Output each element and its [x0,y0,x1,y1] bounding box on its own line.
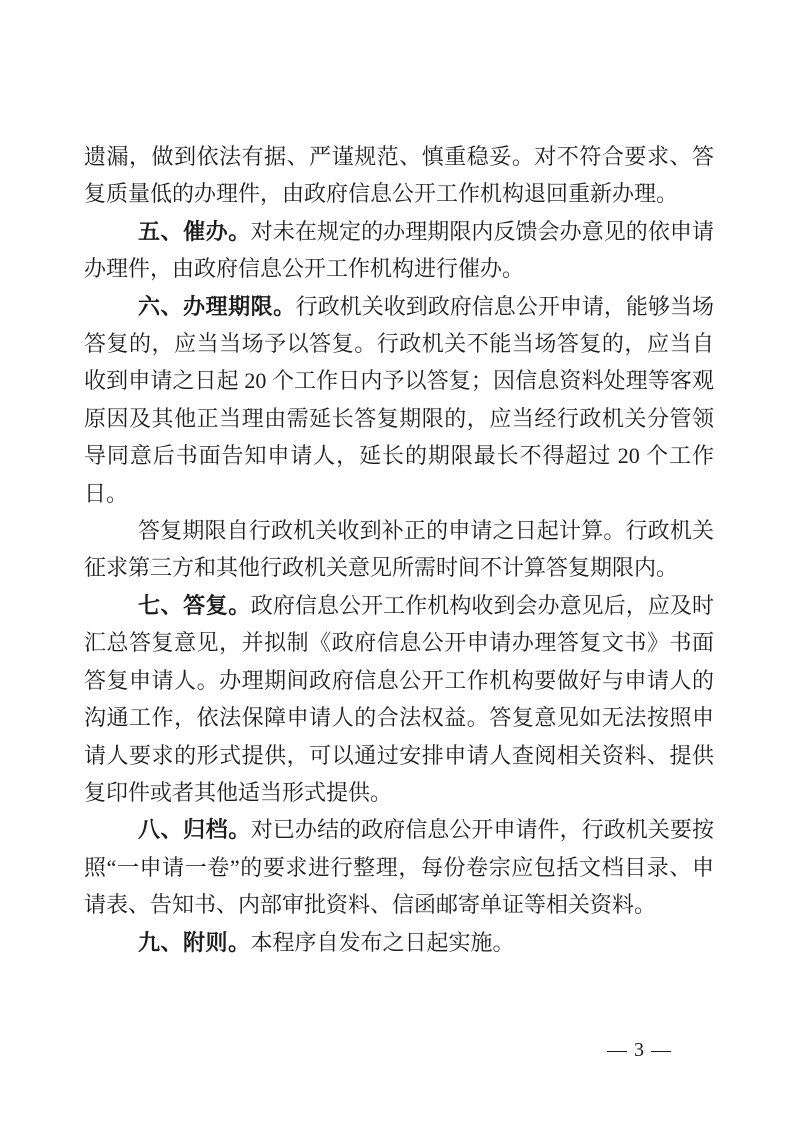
paragraph: 五、催办。对未在规定的办理期限内反馈会办意见的依申请办理件，由政府信息公开工作机… [84,213,714,288]
paragraph: 遗漏，做到依法有据、严谨规范、慎重稳妥。对不符合要求、答复质量低的办理件，由政府… [84,138,714,213]
document-body: 遗漏，做到依法有据、严谨规范、慎重稳妥。对不符合要求、答复质量低的办理件，由政府… [84,138,714,961]
paragraph-text: 本程序自发布之日起实施。 [251,930,515,955]
paragraph: 七、答复。政府信息公开工作机构收到会办意见后，应及时汇总答复意见，并拟制《政府信… [84,587,714,811]
paragraph-text: 行政机关收到政府信息公开申请，能够当场答复的，应当当场予以答复。行政机关不能当场… [84,294,714,506]
paragraph: 八、归档。对已办结的政府信息公开申请件，行政机关要按照“一申请一卷”的要求进行整… [84,811,714,923]
paragraph-heading: 九、附则。 [138,930,251,955]
paragraph-heading: 五、催办。 [138,219,251,244]
paragraph-text: 政府信息公开工作机构收到会办意见后，应及时汇总答复意见，并拟制《政府信息公开申请… [84,593,714,805]
paragraph-text: 答复期限自行政机关收到补正的申请之日起计算。行政机关征求第三方和其他行政机关意见… [84,518,714,580]
paragraph: 六、办理期限。行政机关收到政府信息公开申请，能够当场答复的，应当当场予以答复。行… [84,288,714,512]
paragraph-text: 遗漏，做到依法有据、严谨规范、慎重稳妥。对不符合要求、答复质量低的办理件，由政府… [84,144,714,206]
paragraph-heading: 六、办理期限。 [138,294,296,319]
page-footer: — 3 — [607,1038,672,1062]
paragraph-heading: 七、答复。 [138,593,251,618]
paragraph: 答复期限自行政机关收到补正的申请之日起计算。行政机关征求第三方和其他行政机关意见… [84,512,714,587]
page-number: — 3 — [607,1039,672,1061]
paragraph: 九、附则。本程序自发布之日起实施。 [84,924,714,961]
paragraph-heading: 八、归档。 [138,817,251,842]
